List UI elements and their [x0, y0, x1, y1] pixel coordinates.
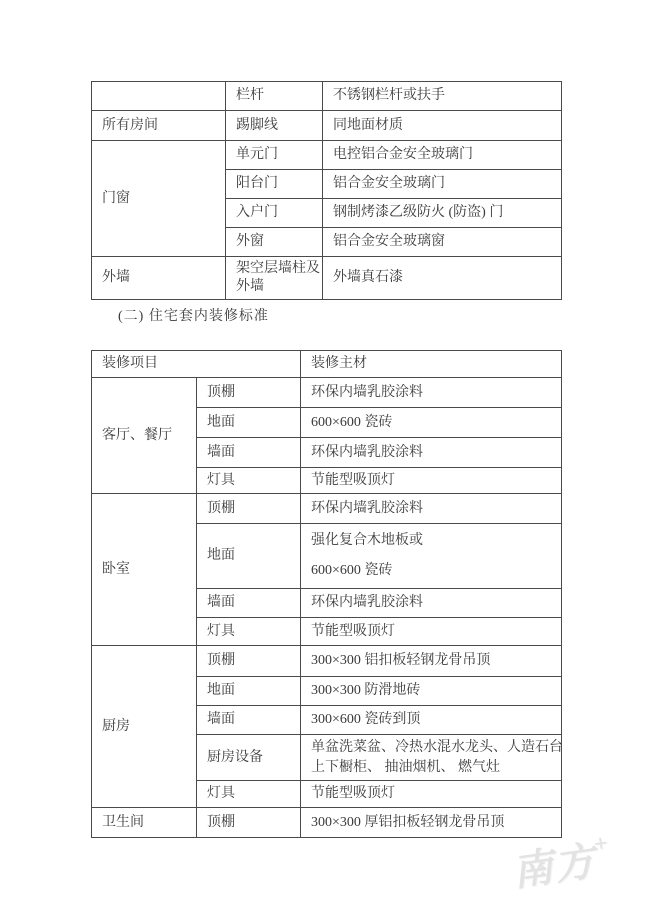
room-cell: 卫生间	[92, 808, 197, 838]
table-row: 卫生间 顶棚 300×300 厚铝扣板轻钢龙骨吊顶	[92, 808, 562, 838]
part-cell: 墙面	[197, 589, 301, 618]
material-line: 单盆洗菜盆、冷热水混水龙头、人造石台面、	[311, 738, 555, 758]
material-line: 600×600 瓷砖	[311, 556, 555, 586]
table-header-row: 装修项目 装修主材	[92, 351, 562, 378]
part-cell: 顶棚	[197, 646, 301, 677]
part-cell: 地面	[197, 408, 301, 438]
item-cell: 踢脚线	[226, 111, 323, 141]
material-cell: 600×600 瓷砖	[301, 408, 562, 438]
interior-decoration-table: 装修项目 装修主材 客厅、餐厅 顶棚 环保内墙乳胶涂料 地面 600×600 瓷…	[91, 350, 562, 838]
category-cell: 所有房间	[92, 111, 226, 141]
nanfang-plus-watermark: 南方+	[509, 827, 614, 897]
material-cell: 钢制烤漆乙级防火 (防盗) 门	[323, 199, 562, 228]
material-cell: 单盆洗菜盆、冷热水混水龙头、人造石台面、 上下橱柜、 抽油烟机、 燃气灶	[301, 735, 562, 781]
material-cell: 节能型吸顶灯	[301, 781, 562, 808]
material-cell: 环保内墙乳胶涂料	[301, 438, 562, 468]
material-cell: 300×300 防滑地砖	[301, 677, 562, 706]
item-cell: 单元门	[226, 141, 323, 170]
material-cell: 外墙真石漆	[323, 257, 562, 300]
item-line: 架空层墙柱及	[236, 260, 316, 278]
material-cell: 环保内墙乳胶涂料	[301, 378, 562, 408]
category-cell: 外墙	[92, 257, 226, 300]
part-cell: 厨房设备	[197, 735, 301, 781]
table-row: 门窗 单元门 电控铝合金安全玻璃门	[92, 141, 562, 170]
item-line: 外墙	[236, 278, 316, 296]
table-row: 栏杆 不锈钢栏杆或扶手	[92, 82, 562, 111]
material-cell: 节能型吸顶灯	[301, 618, 562, 646]
material-cell: 铝合金安全玻璃窗	[323, 228, 562, 257]
material-line: 强化复合木地板或	[311, 526, 555, 556]
watermark-text: 南方	[510, 838, 599, 894]
header-cell-material: 装修主材	[301, 351, 562, 378]
material-cell: 300×600 瓷砖到顶	[301, 706, 562, 735]
material-line: 上下橱柜、 抽油烟机、 燃气灶	[311, 758, 555, 778]
table-row: 所有房间 踢脚线 同地面材质	[92, 111, 562, 141]
section-heading: (二) 住宅套内装修标准	[118, 307, 269, 327]
material-cell: 节能型吸顶灯	[301, 468, 562, 494]
item-cell: 外窗	[226, 228, 323, 257]
part-cell: 地面	[197, 524, 301, 589]
part-cell: 灯具	[197, 618, 301, 646]
plus-icon: +	[592, 830, 609, 858]
item-cell: 栏杆	[226, 82, 323, 111]
part-cell: 墙面	[197, 438, 301, 468]
room-cell: 厨房	[92, 646, 197, 808]
material-cell: 环保内墙乳胶涂料	[301, 494, 562, 524]
item-cell: 架空层墙柱及 外墙	[226, 257, 323, 300]
category-cell	[92, 82, 226, 111]
table-row: 客厅、餐厅 顶棚 环保内墙乳胶涂料	[92, 378, 562, 408]
material-cell: 不锈钢栏杆或扶手	[323, 82, 562, 111]
common-area-finish-table: 栏杆 不锈钢栏杆或扶手 所有房间 踢脚线 同地面材质 门窗 单元门 电控铝合金安…	[91, 81, 562, 300]
part-cell: 顶棚	[197, 494, 301, 524]
category-cell: 门窗	[92, 141, 226, 257]
room-cell: 卧室	[92, 494, 197, 646]
table-row: 外墙 架空层墙柱及 外墙 外墙真石漆	[92, 257, 562, 300]
table-row: 卧室 顶棚 环保内墙乳胶涂料	[92, 494, 562, 524]
header-cell-project: 装修项目	[92, 351, 301, 378]
material-cell: 300×300 厚铝扣板轻钢龙骨吊顶	[301, 808, 562, 838]
material-cell: 铝合金安全玻璃门	[323, 170, 562, 199]
part-cell: 顶棚	[197, 378, 301, 408]
document-page: 栏杆 不锈钢栏杆或扶手 所有房间 踢脚线 同地面材质 门窗 单元门 电控铝合金安…	[0, 0, 650, 920]
part-cell: 灯具	[197, 468, 301, 494]
item-cell: 阳台门	[226, 170, 323, 199]
material-cell: 300×300 铝扣板轻钢龙骨吊顶	[301, 646, 562, 677]
material-cell: 同地面材质	[323, 111, 562, 141]
part-cell: 地面	[197, 677, 301, 706]
material-cell: 强化复合木地板或 600×600 瓷砖	[301, 524, 562, 589]
table-row: 厨房 顶棚 300×300 铝扣板轻钢龙骨吊顶	[92, 646, 562, 677]
item-cell: 入户门	[226, 199, 323, 228]
part-cell: 灯具	[197, 781, 301, 808]
material-cell: 电控铝合金安全玻璃门	[323, 141, 562, 170]
part-cell: 墙面	[197, 706, 301, 735]
part-cell: 顶棚	[197, 808, 301, 838]
material-cell: 环保内墙乳胶涂料	[301, 589, 562, 618]
room-cell: 客厅、餐厅	[92, 378, 197, 494]
